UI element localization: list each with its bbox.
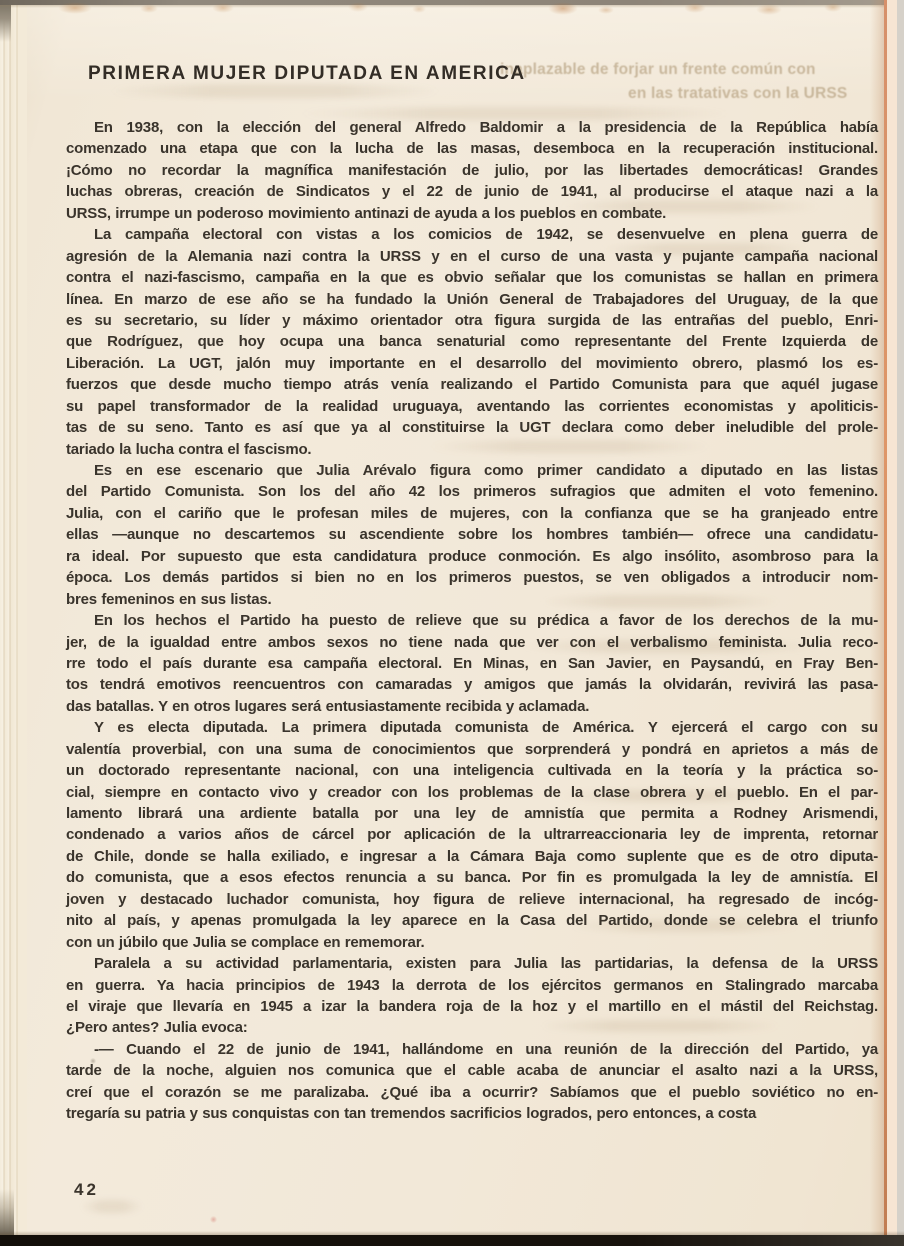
text-line: tariado la lucha contra el fascismo. — [66, 439, 878, 460]
text-line: comenzado una etapa que con la lucha de … — [66, 138, 878, 159]
paragraph: En 1938, con la elección del general Alf… — [66, 117, 878, 224]
scan-right-margin — [897, 0, 904, 1246]
text-line: rre todo el país durante esa campaña ele… — [66, 653, 878, 674]
text-line: URSS, irrumpe un poderoso movimiento ant… — [66, 203, 878, 224]
paragraph: En los hechos el Partido ha puesto de re… — [66, 610, 878, 717]
text-line: ¿Pero antes? Julia evoca: — [66, 1017, 878, 1038]
text-line: lamento librará una ardiente batalla por… — [66, 803, 878, 824]
text-line: ¡Cómo no recordar la magnífica manifesta… — [66, 160, 878, 181]
paragraph: Es en ese escenario que Julia Arévalo fi… — [66, 460, 878, 610]
text-block: En 1938, con la elección del general Alf… — [66, 117, 878, 1125]
text-line: su papel transformador de la realidad ur… — [66, 396, 878, 417]
text-line: Paralela a su actividad parlamentaria, e… — [66, 953, 878, 974]
text-line: del Partido Comunista. Son los del año 4… — [66, 481, 878, 502]
text-line: tarde de la noche, alguien nos comunica … — [66, 1060, 878, 1081]
text-line: condenado a varios años de cárcel por ap… — [66, 824, 878, 845]
text-line: nito al país, y apenas promulgada la ley… — [66, 910, 878, 931]
text-line: jer, de la igualdad entre ambos sexos no… — [66, 632, 878, 653]
book-page-edges-left — [0, 0, 27, 1246]
text-line: valentía proverbial, con una suma de con… — [66, 739, 878, 760]
text-line: época. Los demás partidos si bien no en … — [66, 567, 878, 588]
text-line: Liberación. La UGT, jalón muy importante… — [66, 353, 878, 374]
ghost-text-fragment: en las tratativas con la URSS — [628, 85, 847, 103]
text-line: En los hechos el Partido ha puesto de re… — [66, 610, 878, 631]
bottom-left-corner-shadow — [0, 1189, 14, 1235]
scanned-book-page: inaplazable de forjar un frente común co… — [0, 0, 904, 1246]
text-line: un doctorado representante nacional, con… — [66, 760, 878, 781]
paragraph: La campaña electoral con vistas a los co… — [66, 224, 878, 460]
text-line: Y es electa diputada. La primera diputad… — [66, 717, 878, 738]
text-line: agresión de la Alemania nazi contra la U… — [66, 246, 878, 267]
paragraph: Paralela a su actividad parlamentaria, e… — [66, 953, 878, 1039]
text-line: tregaría su patria y sus conquistas con … — [66, 1103, 878, 1124]
text-line: Julia, con el cariño que le profesan mil… — [66, 503, 878, 524]
text-line: ra ideal. Por supuesto que esta candidat… — [66, 546, 878, 567]
text-line: do comunista, que a esos efectos renunci… — [66, 867, 878, 888]
text-line: das batallas. Y en otros lugares será en… — [66, 696, 878, 717]
text-line: creí que el corazón se me paralizaba. ¿Q… — [66, 1082, 878, 1103]
scan-bottom-edge — [0, 1235, 904, 1246]
text-line: línea. En marzo de ese año se ha fundado… — [66, 289, 878, 310]
text-line: ellas —aunque no descartemos su ascendie… — [66, 524, 878, 545]
text-line: de Chile, donde se halla exiliado, e ing… — [66, 846, 878, 867]
text-line: el viraje que llevaría en 1945 a izar la… — [66, 996, 878, 1017]
text-line: En 1938, con la elección del general Alf… — [66, 117, 878, 138]
paragraph: Y es electa diputada. La primera diputad… — [66, 717, 878, 953]
text-line: fuerzos que desde mucho tiempo atrás ven… — [66, 374, 878, 395]
ghost-text-fragment: inaplazable de forjar un frente común co… — [500, 61, 816, 79]
text-line: La campaña electoral con vistas a los co… — [66, 224, 878, 245]
text-line: -— Cuando el 22 de junio de 1941, hallán… — [66, 1039, 878, 1060]
text-line: bres femeninos en sus listas. — [66, 589, 878, 610]
text-line: en guerra. Ya hacia principios de 1943 l… — [66, 975, 878, 996]
text-line: luchas obreras, creación de Sindicatos y… — [66, 181, 878, 202]
scan-top-edge-shadow — [0, 5, 904, 8]
paragraph: -— Cuando el 22 de junio de 1941, hallán… — [66, 1039, 878, 1125]
page-title: PRIMERA MUJER DIPUTADA EN AMERICA — [88, 63, 526, 85]
page-number: 42 — [74, 1180, 99, 1200]
text-line: Es en ese escenario que Julia Arévalo fi… — [66, 460, 878, 481]
text-line: con un júbilo que Julia se complace en r… — [66, 932, 878, 953]
text-line: es su secretario, su líder y máximo orie… — [66, 310, 878, 331]
text-line: tos tendrá emotivos reencuentros con cam… — [66, 674, 878, 695]
text-line: contra el nazi-fascismo, campaña en la q… — [66, 267, 878, 288]
text-line: joven y destacado luchador comunista, ho… — [66, 889, 878, 910]
ink-speck — [210, 1216, 217, 1223]
page-edge-strip — [887, 0, 897, 1246]
text-line: tas de su seno. Tanto es así que ya al c… — [66, 417, 878, 438]
text-line: cial, siempre en contacto vivo y creador… — [66, 782, 878, 803]
text-line: que Rodríguez, que hoy ocupa una banca s… — [66, 331, 878, 352]
